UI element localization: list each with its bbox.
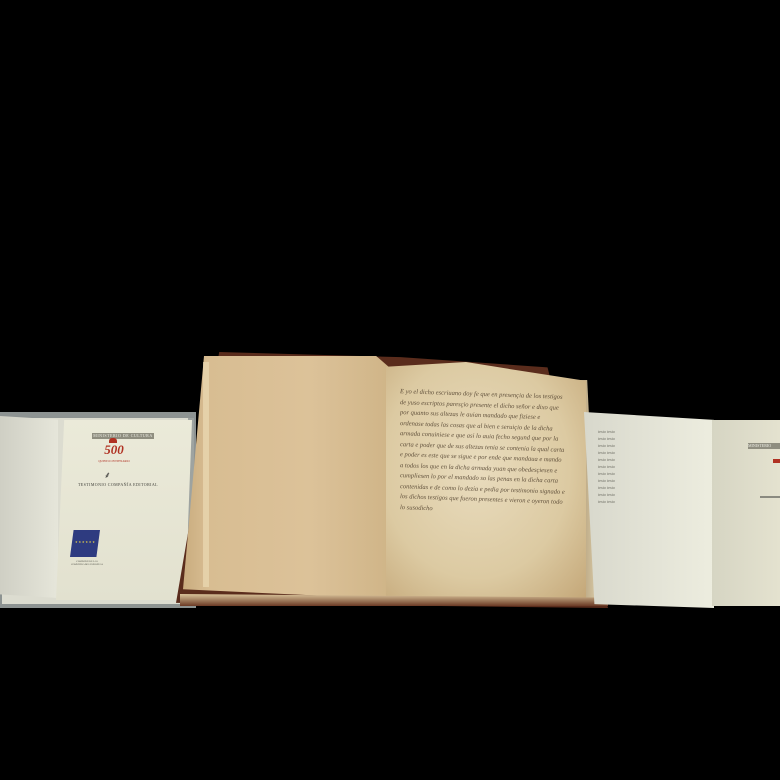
right-book-text: texto texto texto texto texto texto text…: [598, 428, 622, 588]
eu-caption: COMISIÓN DE LAS COMUNIDADES EUROPEAS: [67, 560, 107, 566]
right-publisher-line: [760, 496, 780, 498]
left-book-left-page: [0, 416, 58, 598]
anniversary-caption: QUINTO CENTENARIO: [97, 459, 131, 463]
right-ministry-banner: MINISTERIO: [748, 443, 780, 449]
ministry-banner: MINISTERIO DE CULTURA: [92, 433, 154, 439]
right-logo-mark-icon: [773, 459, 780, 463]
anniversary-logo: 500: [99, 441, 129, 459]
publisher-name: TESTIMONIO COMPAÑÍA EDITORIAL: [70, 482, 166, 487]
signature-mark-icon: ⸙: [104, 470, 118, 480]
photo-scene: MINISTERIO DE CULTURA 500 QUINTO CENTENA…: [0, 0, 780, 780]
manuscript-handwriting: E yo el dicho escriuano doy fe que en pr…: [400, 387, 565, 588]
manuscript-left-page: [183, 356, 393, 599]
eu-stars: ★ ★ ★ ★ ★ ★: [73, 533, 97, 551]
manuscript-endpaper-strip: [203, 362, 209, 587]
